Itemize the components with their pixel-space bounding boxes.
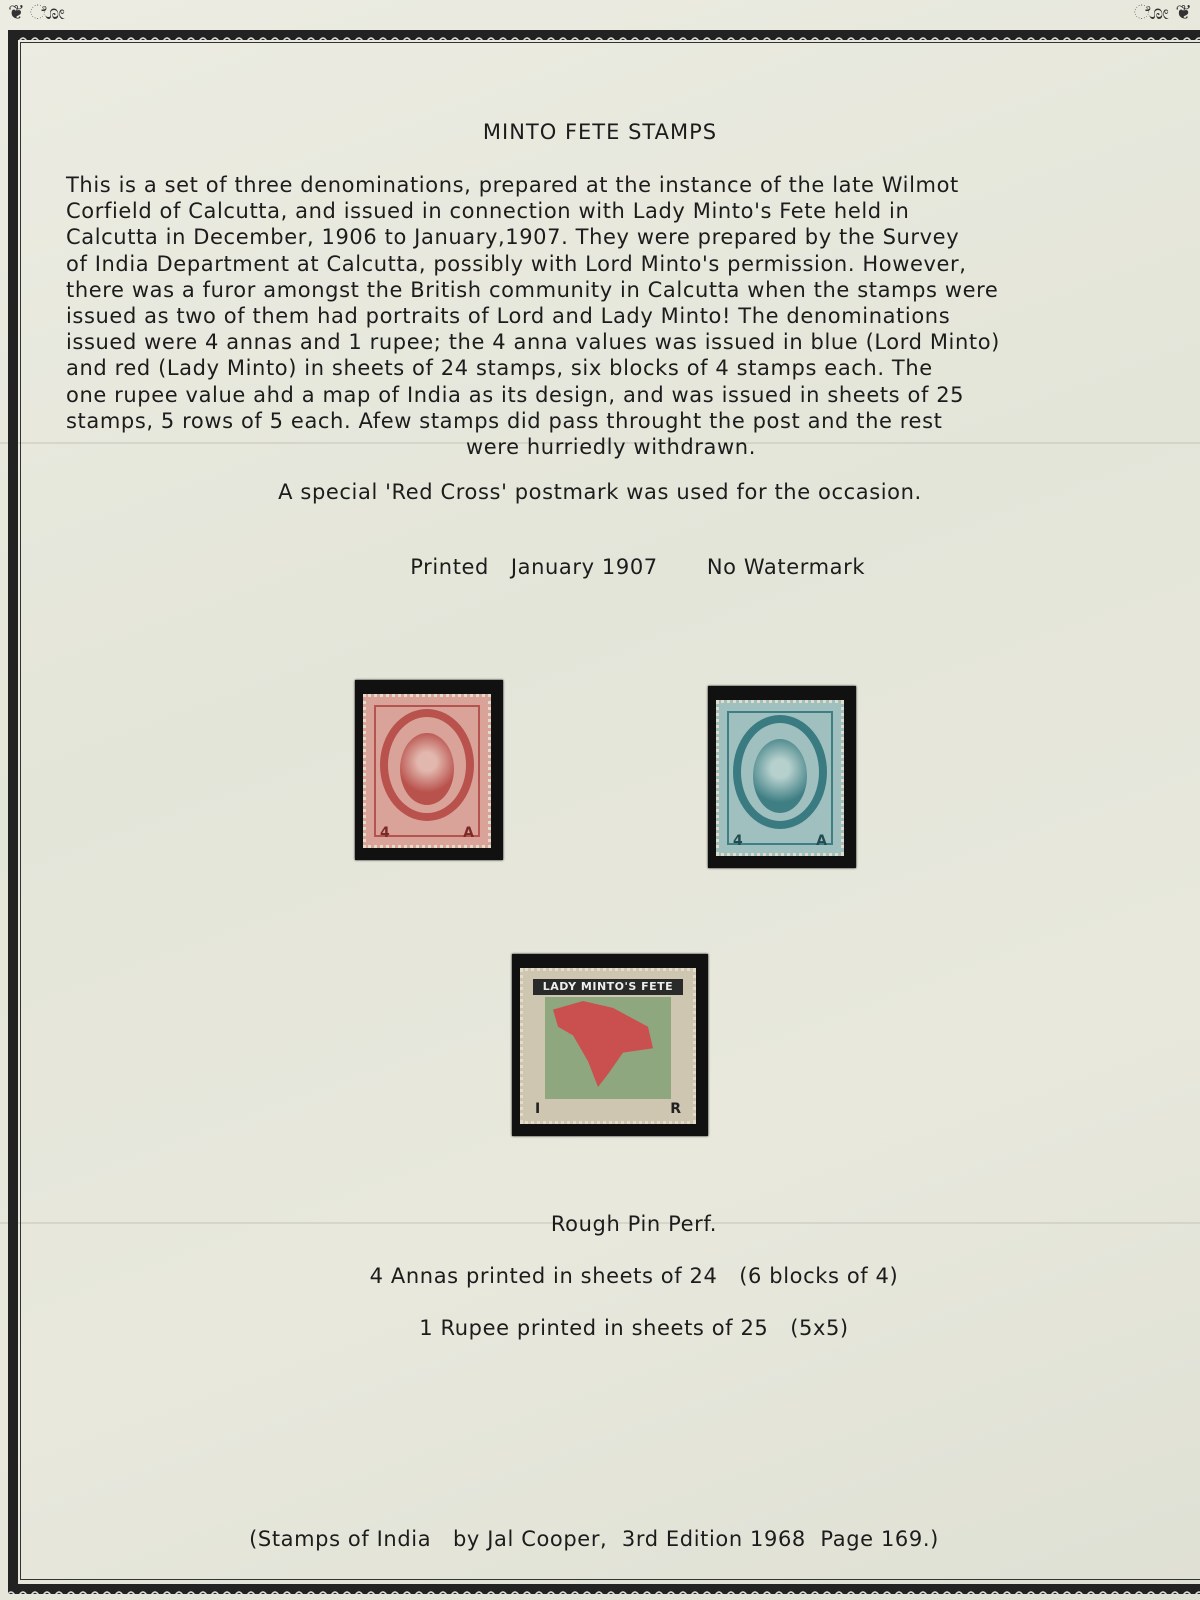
corner-flourish-icon: ೋ ❦ — [1134, 0, 1192, 24]
description-paragraph: This is a set of three denominations, pr… — [66, 172, 1156, 460]
corner-flourish-icon: ❦ ೋ — [8, 0, 65, 24]
paragraph-line: Calcutta in December, 1906 to January,19… — [66, 224, 1156, 250]
decorative-border-bottom — [8, 1584, 1200, 1594]
stamp-mount-lord-minto: 4 A — [708, 686, 856, 868]
citation: (Stamps of India by Jal Cooper, 3rd Edit… — [0, 1527, 1194, 1551]
paragraph-line: of India Department at Calcutta, possibl… — [66, 251, 1156, 277]
map-of-india — [545, 997, 671, 1099]
watermark-note: No Watermark — [186, 555, 1200, 579]
denomination-unit: A — [816, 833, 827, 849]
denomination-unit: R — [670, 1101, 681, 1117]
paragraph-line: issued as two of them had portraits of L… — [66, 303, 1156, 329]
stamp-lord-minto-4-annas[interactable]: 4 A — [716, 700, 844, 856]
stamp-mount-map: LADY MINTO'S FETE I R — [512, 954, 708, 1136]
annas-sheet-note: 4 Annas printed in sheets of 24 (6 block… — [34, 1264, 1200, 1288]
decorative-border-top — [8, 30, 1200, 40]
portrait-lord-minto — [753, 739, 807, 813]
paragraph-line: there was a furor amongst the British co… — [66, 277, 1156, 303]
album-page: ❦ ೋ ೋ ❦ MINTO FETE STAMPS This is a set … — [0, 0, 1200, 1600]
decorative-border-left — [8, 30, 18, 1594]
denomination-unit: A — [463, 825, 474, 841]
portrait-lady-minto — [400, 733, 454, 805]
paragraph-line: This is a set of three denominations, pr… — [66, 172, 1156, 198]
denomination-value: 4 — [733, 833, 743, 849]
paragraph-line: stamps, 5 rows of 5 each. Afew stamps di… — [66, 408, 1156, 434]
stamp-map-of-india-1-rupee[interactable]: LADY MINTO'S FETE I R — [520, 968, 696, 1124]
denomination-value: I — [535, 1101, 540, 1117]
paragraph-line: and red (Lady Minto) in sheets of 24 sta… — [66, 355, 1156, 381]
stamp-mount-lady-minto: 4 A — [355, 680, 503, 860]
stamp-lady-minto-4-annas[interactable]: 4 A — [363, 694, 491, 848]
rupee-sheet-note: 1 Rupee printed in sheets of 25 (5x5) — [34, 1316, 1200, 1340]
stamp-legend: LADY MINTO'S FETE — [533, 979, 683, 995]
postmark-note: A special 'Red Cross' postmark was used … — [0, 480, 1200, 504]
india-landmass — [553, 1001, 653, 1087]
paragraph-line: Corfield of Calcutta, and issued in conn… — [66, 198, 1156, 224]
perforation-note: Rough Pin Perf. — [34, 1212, 1200, 1236]
denomination-value: 4 — [380, 825, 390, 841]
paragraph-line: were hurriedly withdrawn. — [66, 434, 1156, 460]
paragraph-line: one rupee value ahd a map of India as it… — [66, 382, 1156, 408]
page-title: MINTO FETE STAMPS — [0, 120, 1200, 144]
paragraph-line: issued were 4 annas and 1 rupee; the 4 a… — [66, 329, 1156, 355]
